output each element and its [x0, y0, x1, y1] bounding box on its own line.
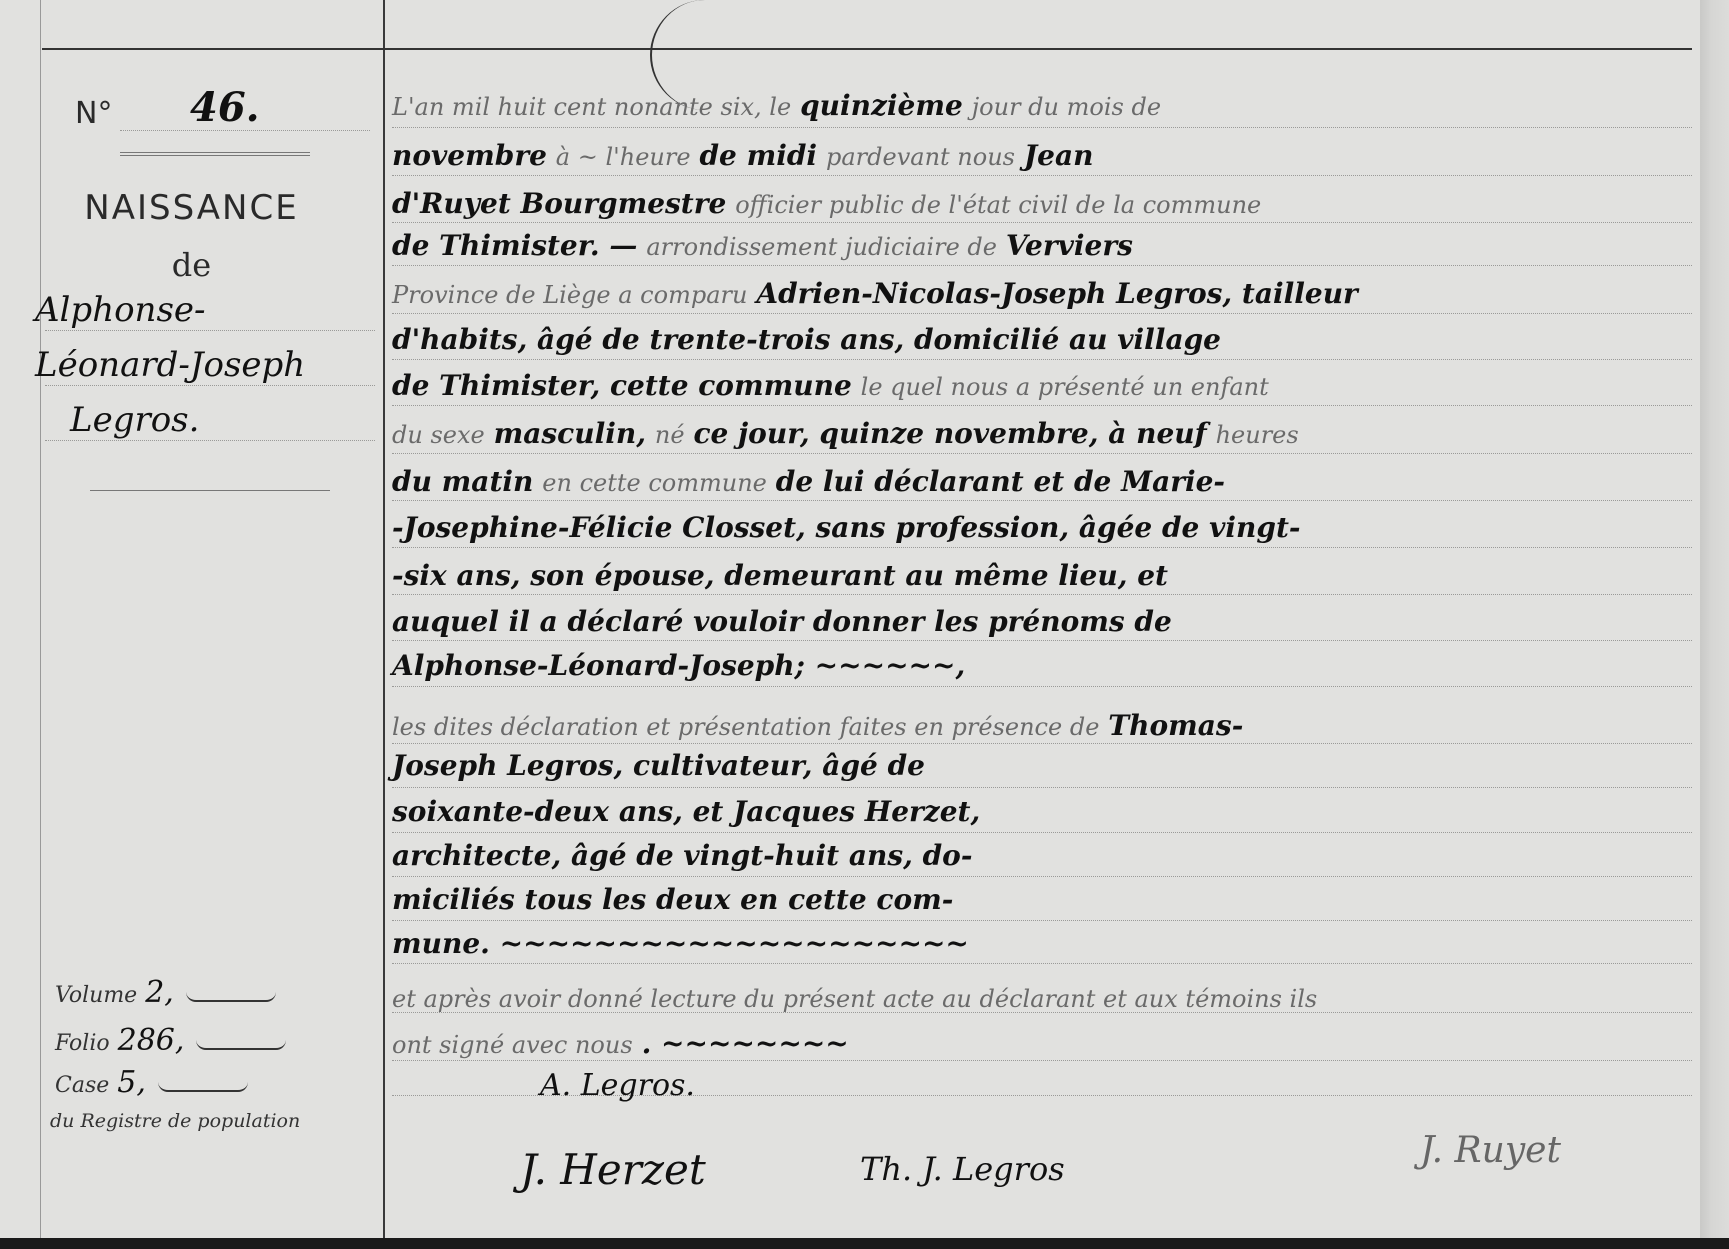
handwritten-text: mune. ~~~~~~~~~~~~~~~~~~~~ [392, 927, 969, 960]
printed-text: jour du mois de [972, 93, 1161, 121]
body-line-13: Alphonse-Léonard-Joseph; ~~~~~~, [392, 652, 1692, 680]
signature-witness-legros: Th. J. Legros [860, 1150, 1065, 1188]
handwritten-text: ce jour, quinze novembre, à neuf [693, 417, 1206, 450]
ruled-line [392, 787, 1692, 788]
printed-text: L'an mil huit cent nonante six, le [392, 93, 791, 121]
body-line-21: ont signé avec nous . ~~~~~~~~ [392, 1030, 1692, 1058]
handwritten-text: Alphonse-Léonard-Joseph; ~~~~~~, [392, 649, 965, 682]
ruled-line [392, 1012, 1692, 1013]
child-name-line-2: Léonard-Joseph [35, 345, 305, 385]
handwritten-text: d'habits, âgé de trente-trois ans, domic… [392, 323, 1221, 356]
ruled-line [392, 127, 1692, 128]
handwritten-text: miciliés tous les deux en cette com- [392, 883, 953, 916]
registry-footer: du Registre de population [50, 1110, 300, 1132]
record-type-title: NAISSANCE [0, 188, 383, 228]
handwritten-text: architecte, âgé de vingt-huit ans, do- [392, 839, 972, 872]
printed-text: pardevant nous [826, 143, 1015, 171]
ruled-line [392, 743, 1692, 744]
name-end-rule [90, 490, 330, 491]
printed-text: né [655, 421, 685, 449]
volume-label: Volume [55, 983, 137, 1008]
body-line-2: novembre à ~ l'heure de midi pardevant n… [392, 142, 1692, 170]
child-name-line-3: Legros. [70, 400, 199, 440]
page-right-edge [1700, 0, 1729, 1249]
handwritten-text: . ~~~~~~~~ [642, 1027, 849, 1060]
handwritten-text: quinzième [800, 89, 963, 122]
printed-text: en cette commune [542, 469, 767, 497]
registry-case: Case5, [55, 1065, 248, 1100]
ruled-line [392, 453, 1692, 454]
register-page: N° 46. NAISSANCE de Alphonse- Léonard-Jo… [0, 0, 1700, 1249]
name-rule-3 [45, 440, 375, 441]
handwritten-text: de midi [699, 139, 817, 172]
body-line-12: auquel il a déclaré vouloir donner les p… [392, 608, 1692, 636]
signature-declarant: A. Legros. [540, 1068, 695, 1103]
handwritten-text: Jean [1024, 139, 1094, 172]
signature-witness-herzet: J. Herzet [520, 1145, 706, 1194]
handwritten-text: auquel il a déclaré vouloir donner les p… [392, 605, 1172, 638]
body-line-19: mune. ~~~~~~~~~~~~~~~~~~~~ [392, 930, 1692, 958]
ruled-line [392, 963, 1692, 964]
registry-folio: Folio286, [55, 1023, 286, 1058]
body-line-5: Province de Liège a comparu Adrien-Nicol… [392, 280, 1692, 308]
body-line-14: les dites déclaration et présentation fa… [392, 712, 1692, 740]
printed-text: ont signé avec nous [392, 1031, 633, 1059]
case-flourish [158, 1082, 248, 1092]
column-divider [383, 0, 385, 1238]
ruled-line [392, 313, 1692, 314]
left-margin-line [40, 0, 41, 1238]
folio-label: Folio [55, 1031, 110, 1056]
ruled-line [392, 222, 1692, 223]
ruled-line [392, 405, 1692, 406]
handwritten-text: d'Ruyet Bourgmestre [392, 187, 726, 220]
ruled-line [392, 640, 1692, 641]
name-rule-2 [45, 385, 375, 386]
body-line-10: -Josephine-Félicie Closset, sans profess… [392, 514, 1692, 542]
record-de: de [0, 246, 383, 284]
ruled-line [392, 359, 1692, 360]
name-rule-1 [45, 330, 375, 331]
volume-value: 2, [145, 975, 174, 1010]
body-line-1: L'an mil huit cent nonante six, le quinz… [392, 92, 1692, 120]
body-line-6: d'habits, âgé de trente-trois ans, domic… [392, 326, 1692, 354]
body-line-7: de Thimister, cette commune le quel nous… [392, 372, 1692, 400]
top-rule [42, 48, 1692, 50]
ruled-line [392, 832, 1692, 833]
body-line-18: miciliés tous les deux en cette com- [392, 886, 1692, 914]
body-line-16: soixante-deux ans, et Jacques Herzet, [392, 798, 1692, 826]
entry-number-value: 46. [190, 84, 260, 131]
printed-text: officier public de l'état civil de la co… [735, 191, 1261, 219]
volume-flourish [186, 992, 276, 1002]
body-line-17: architecte, âgé de vingt-huit ans, do- [392, 842, 1692, 870]
case-label: Case [55, 1073, 109, 1098]
ruled-line [392, 175, 1692, 176]
handwritten-text: novembre [392, 139, 547, 172]
registry-volume: Volume2, [55, 975, 276, 1010]
handwritten-text: -Josephine-Félicie Closset, sans profess… [392, 511, 1301, 544]
double-rule-top [120, 152, 310, 153]
handwritten-text: soixante-deux ans, et Jacques Herzet, [392, 795, 980, 828]
handwritten-text: Joseph Legros, cultivateur, âgé de [392, 749, 925, 782]
entry-number-label: N° [75, 96, 112, 131]
body-line-4: de Thimister. — arrondissement judiciair… [392, 232, 1692, 260]
double-rule-bottom [120, 155, 310, 156]
ruled-line [392, 876, 1692, 877]
ruled-line [392, 500, 1692, 501]
handwritten-text: masculin, [494, 417, 646, 450]
body-line-20: et après avoir donné lecture du présent … [392, 984, 1692, 1012]
ruled-line [392, 1060, 1692, 1061]
body-line-8: du sexe masculin, né ce jour, quinze nov… [392, 420, 1692, 448]
printed-text: les dites déclaration et présentation fa… [392, 713, 1099, 741]
ruled-line [392, 686, 1692, 687]
number-rule [120, 130, 370, 131]
folio-flourish [196, 1040, 286, 1050]
printed-text: Province de Liège a comparu [392, 281, 747, 309]
handwritten-text: Thomas- [1108, 709, 1243, 742]
handwritten-text: du matin [392, 465, 533, 498]
folio-value: 286, [118, 1023, 185, 1058]
body-line-9: du matin en cette commune de lui déclara… [392, 468, 1692, 496]
printed-text: à ~ l'heure [556, 143, 691, 171]
ruled-line [392, 265, 1692, 266]
handwritten-text: -six ans, son épouse, demeurant au même … [392, 559, 1168, 592]
body-line-15: Joseph Legros, cultivateur, âgé de [392, 752, 1692, 780]
body-line-11: -six ans, son épouse, demeurant au même … [392, 562, 1692, 590]
handwritten-text: de Thimister. — [392, 229, 637, 262]
printed-text: et après avoir donné lecture du présent … [392, 985, 1317, 1013]
case-value: 5, [117, 1065, 146, 1100]
handwritten-text: de Thimister, cette commune [392, 369, 852, 402]
handwritten-text: Verviers [1006, 229, 1133, 262]
signature-officer: J. Ruyet [1420, 1130, 1561, 1171]
handwritten-text: Adrien-Nicolas-Joseph Legros, tailleur [756, 277, 1357, 310]
printed-text: heures [1216, 421, 1299, 449]
ruled-line [392, 920, 1692, 921]
ruled-line [392, 547, 1692, 548]
ruled-line [392, 594, 1692, 595]
child-name-line-1: Alphonse- [35, 290, 206, 330]
page-bottom-edge [0, 1238, 1729, 1249]
printed-text: le quel nous a présenté un enfant [861, 373, 1269, 401]
printed-text: du sexe [392, 421, 485, 449]
printed-text: arrondissement judiciaire de [646, 233, 997, 261]
body-line-3: d'Ruyet Bourgmestre officier public de l… [392, 190, 1692, 218]
handwritten-text: de lui déclarant et de Marie- [776, 465, 1225, 498]
